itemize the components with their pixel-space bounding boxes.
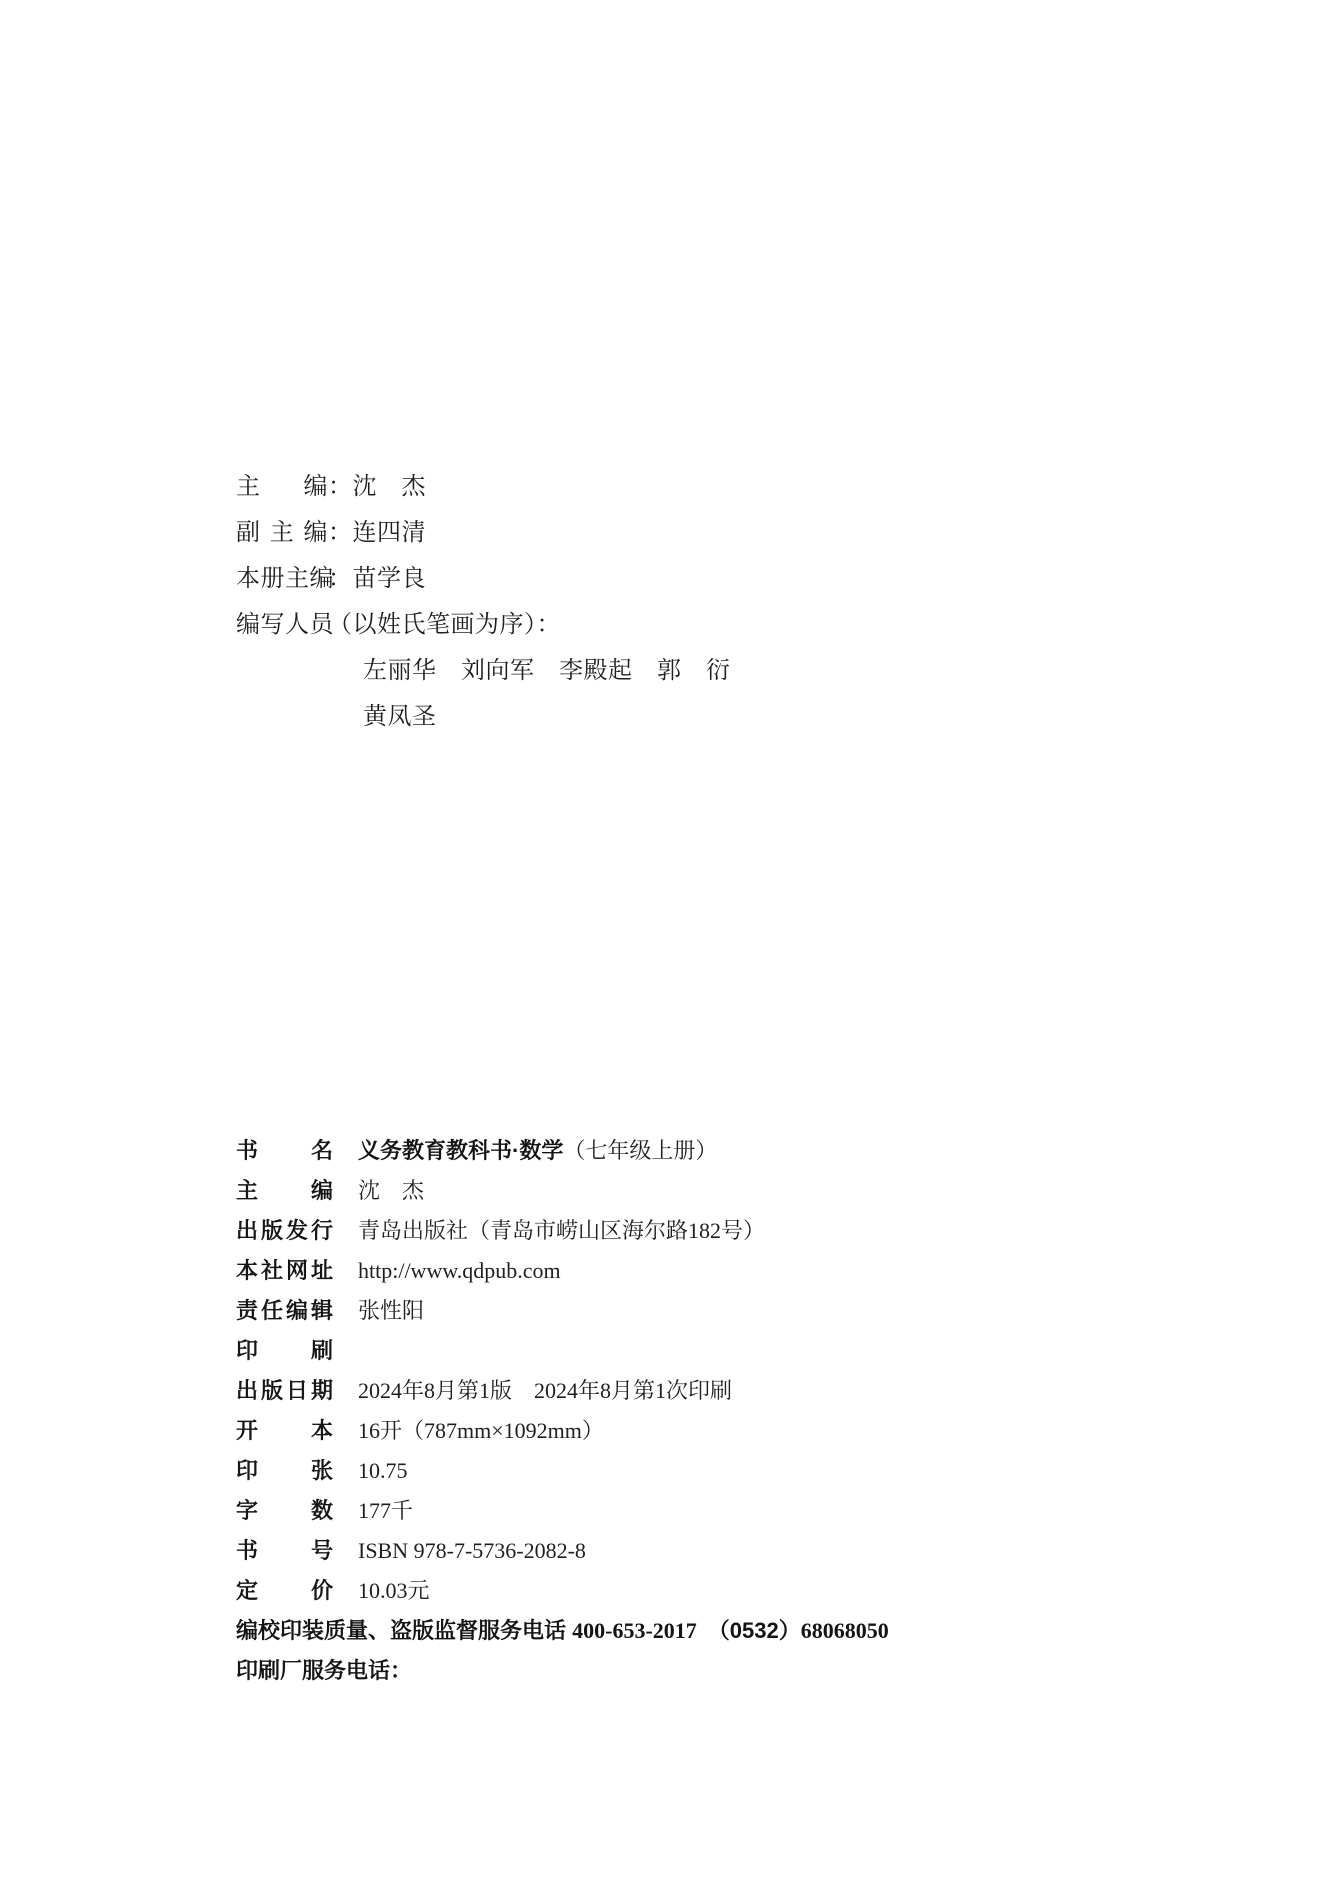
format-value: 16开（787mm×1092mm） [358,1418,604,1443]
writers-sort-note: （以姓氏笔画为序）： [328,612,561,638]
price-row: 定价10.03元 [236,1571,889,1611]
isbn-label: 书号 [236,1531,333,1571]
colon: ： [328,520,353,546]
volume-editor-label: 本册主编 [236,556,328,602]
format-label: 开本 [236,1411,333,1451]
price-value: 10.03元 [358,1578,430,1603]
responsible-editor-row: 责任编辑张性阳 [236,1291,889,1331]
publication-date-row: 出版日期2024年8月第1版 2024年8月第1次印刷 [236,1371,889,1411]
writers-names-line-2: 黄凤圣 [236,694,731,740]
publication-date-label: 出版日期 [236,1371,333,1411]
publisher-label: 出版发行 [236,1211,333,1251]
publisher-value: 青岛出版社（青岛市崂山区海尔路182号） [358,1218,765,1243]
volume-editor-name: 苗学良 [353,566,427,592]
word-count-row: 字数177千 [236,1491,889,1531]
book-title-volume: （七年级上册） [563,1138,717,1163]
printing-row: 印刷 [236,1331,889,1371]
book-title-bold: 义务教育教科书·数学 [358,1138,563,1163]
sheets-value: 10.75 [358,1458,408,1483]
chief-editor-label: 主编 [236,464,328,510]
publication-info-block: 书名义务教育教科书·数学（七年级上册） 主编沈 杰 出版发行青岛出版社（青岛市崂… [236,1131,889,1691]
writers-names-line-1: 左丽华 刘向军 李殿起 郭 衍 [236,648,731,694]
website-row: 本社网址http://www.qdpub.com [236,1251,889,1291]
colophon-page: 主编：沈 杰 副主编：连四清 本册主编：苗学良 编写人员（以姓氏笔画为序）： 左… [0,0,1332,1885]
writers-heading-line: 编写人员（以姓氏笔画为序）： [236,602,731,648]
chief-editor-row: 主编沈 杰 [236,1171,889,1211]
deputy-editor-name: 连四清 [353,520,427,546]
printing-label: 印刷 [236,1331,333,1371]
printer-phone-label: 印刷厂服务电话： [236,1658,412,1683]
responsible-editor-label: 责任编辑 [236,1291,333,1331]
isbn-row: 书号ISBN 978-7-5736-2082-8 [236,1531,889,1571]
website-url: http://www.qdpub.com [358,1258,561,1283]
quality-hotline-line: 编校印装质量、盗版监督服务电话 400-653-2017 （0532）68068… [236,1611,889,1651]
deputy-editor-line: 副主编：连四清 [236,510,731,556]
printer-phone-line: 印刷厂服务电话： [236,1651,889,1691]
chief-editor-line: 主编：沈 杰 [236,464,731,510]
quality-hotline-number: 400-653-2017 [572,1618,697,1643]
editors-block: 主编：沈 杰 副主编：连四清 本册主编：苗学良 编写人员（以姓氏笔画为序）： 左… [236,464,731,740]
colon: ： [328,566,353,592]
writers-names-1: 左丽华 刘向军 李殿起 郭 衍 [363,658,731,684]
hotline-gap [697,1618,719,1643]
website-label: 本社网址 [236,1251,333,1291]
price-label: 定价 [236,1571,333,1611]
word-count-value: 177千 [358,1498,413,1523]
volume-editor-line: 本册主编：苗学良 [236,556,731,602]
sheets-row: 印张10.75 [236,1451,889,1491]
local-hotline-number: 68068050 [801,1618,889,1643]
chief-editor-row-label: 主编 [236,1171,333,1211]
quality-hotline-text: 编校印装质量、盗版监督服务电话 [236,1618,572,1643]
publisher-row: 出版发行青岛出版社（青岛市崂山区海尔路182号） [236,1211,889,1251]
book-title-row: 书名义务教育教科书·数学（七年级上册） [236,1131,889,1171]
format-row: 开本16开（787mm×1092mm） [236,1411,889,1451]
area-code: （0532） [719,1618,801,1643]
isbn-value: ISBN 978-7-5736-2082-8 [358,1538,586,1563]
responsible-editor-value: 张性阳 [358,1298,424,1323]
writers-label: 编写人员 [236,602,328,648]
sheets-label: 印张 [236,1451,333,1491]
writers-names-2: 黄凤圣 [363,704,437,730]
book-title-label: 书名 [236,1131,333,1171]
publication-date-value: 2024年8月第1版 2024年8月第1次印刷 [358,1378,732,1403]
chief-editor-row-value: 沈 杰 [358,1178,424,1203]
deputy-editor-label: 副主编 [236,510,328,556]
word-count-label: 字数 [236,1491,333,1531]
colon: ： [328,474,353,500]
chief-editor-name: 沈 杰 [353,474,427,500]
